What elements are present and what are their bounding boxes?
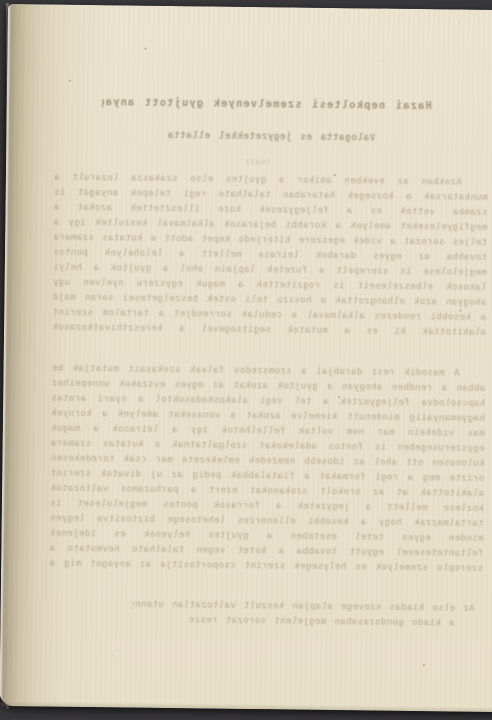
paper-speck — [244, 552, 245, 553]
paper-speck — [144, 48, 146, 50]
bleedthrough-closing-line-1: Az elso kiadas szovege alapjan keszult v… — [133, 598, 475, 615]
bleedthrough-paragraph-b: A masodik resz darabjai a szomszedos fal… — [49, 362, 486, 578]
bleedthrough-title-line: Hazai nepkoltesi szemelvenyek gyujtott a… — [102, 95, 432, 113]
paper-speck — [69, 80, 71, 82]
paper-speck — [423, 664, 425, 666]
bleedthrough-paragraph-a: Azokban az evekben amikor a gyujtes elso… — [52, 171, 488, 342]
paper-speck — [87, 425, 88, 426]
paper-speck — [283, 105, 284, 106]
scan-backdrop: Hazai nepkoltesi szemelvenyek gyujtott a… — [0, 0, 492, 720]
paper-speck — [383, 61, 384, 62]
paper-speck — [459, 22, 460, 23]
bleedthrough-subtitle-line: Valogatta es jegyzetekkel ellatta — [146, 128, 396, 144]
paper-speck — [334, 174, 336, 176]
paper-speck — [338, 396, 340, 398]
bleedthrough-small-word: jegyz — [226, 154, 290, 166]
paper-speck — [459, 310, 461, 312]
book-page: Hazai nepkoltesi szemelvenyek gyujtott a… — [0, 4, 492, 712]
paper-specks — [8, 4, 492, 10]
paper-speck — [112, 655, 113, 656]
bleedthrough-closing-line-2: a kiado gondozasaban megjelent sorozat r… — [172, 613, 454, 629]
